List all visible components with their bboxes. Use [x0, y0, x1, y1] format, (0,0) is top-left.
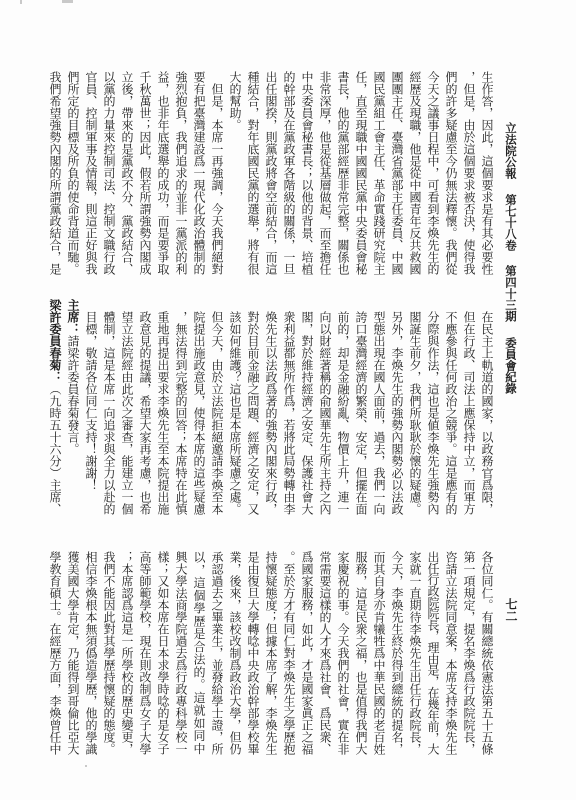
speech-text: （九時五十六分）主席、: [48, 383, 62, 515]
text-column: 中央委員會秘書長；以他的背景、培植: [298, 71, 316, 281]
text-column: 而其自身亦肯犧牲爲中華民國的老百姓: [370, 551, 388, 761]
speech-text: 請梁許委員春菊發言。: [66, 335, 80, 455]
text-column: 另外，李煥先生的強勢內閣勢必以法政: [388, 311, 406, 521]
text-column: 持懷疑態度；但據本席了解，李煥先生: [262, 551, 280, 761]
text-column: 家就一直期待李煥先生出任行政院長，: [406, 551, 424, 761]
text-column: 相信李煥根本無須僞造學歷，他的學識: [82, 551, 100, 761]
text-column: 爲國家服務，如此，才是國家眞正之福: [298, 551, 316, 761]
text-column: 生作答，因此，這個要求是有其必要性: [478, 71, 496, 281]
text-column: 我們希望強勢內閣的所謂黨政結合，是: [46, 71, 64, 281]
speaker-line-member: 梁許委員春菊：（九時五十六分）主席、: [46, 299, 64, 509]
text-column: 型態出現在國人面前，過去，我們一向: [370, 311, 388, 521]
text-column: 們所定的目標及所負的使命背道而馳。: [64, 71, 82, 281]
section-label: 委員會紀錄: [504, 337, 518, 394]
text-column: 種結合，對年底國民黨的選舉，將有很: [244, 71, 262, 281]
text-column: ，但是，由於這個要求被否決，使得我: [460, 71, 478, 281]
scan-artifact: [85, 765, 87, 767]
text-column: 誇口臺灣經濟的繁榮、安定，但擺在面: [352, 311, 370, 521]
text-column: 團團主任、臺灣省黨部主任委員、中國: [388, 71, 406, 281]
text-column: 今天，李煥先生終於得到總統的提名，: [388, 551, 406, 761]
text-column: 各位同仁。有關總統依憲法第五十五條: [478, 551, 496, 761]
text-column: 任，直至現職中國國民黨中央委員會秘: [352, 71, 370, 281]
text-column: 們的許多疑慮至今仍無法釋懷。我們從: [442, 71, 460, 281]
text-column: 學教育碩士。在經歷方面，李煥曾任中: [46, 551, 64, 761]
text-column: 重地再提出要求李煥先生至本院提出施: [154, 311, 172, 521]
text-column: 但在行政、司法上應保持中立，而軍方: [460, 311, 478, 521]
text-column: 在民主上軌道的國家，以政務官爲限，: [478, 311, 496, 521]
text-column: 官員、控制軍事及情報，則這正好與我: [82, 71, 100, 281]
text-column: 是由復旦大學轉唸中央政治幹部學校畢: [244, 551, 262, 761]
text-column: ；本席認爲這是一所學校的歷史變更，: [118, 551, 136, 761]
text-column: 常需要這樣的人才來爲社會、爲民衆、: [316, 551, 334, 761]
text-band-bottom: 各位同仁。有關總統依憲法第五十五條 第一項規定，提名李煥爲行政院院長， 咨請立法…: [46, 551, 496, 761]
text-column: 衆利益都無所作爲，若將此局勢轉由李: [280, 311, 298, 521]
text-column: 望立法院經由此次之審查，能建立一個: [118, 311, 136, 521]
text-column: 目標，敬請各位同仁支持！謝謝！: [82, 311, 100, 521]
text-column: 強烈抱負，我們追求的並非一黨派的利: [172, 71, 190, 281]
text-column: 煥先生以法政爲著的強勢內閣來行政，: [262, 311, 280, 521]
text-column: 業，後來，該校改制爲政治大學，但仍: [226, 551, 244, 761]
text-column: 樣；又如本席在日本求學時唸的是女子: [154, 551, 172, 761]
text-column: 益，也非年底選舉的成功，而是要爭取: [154, 71, 172, 281]
text-column: 向以財經著稱的俞國華先生所主持之內: [316, 311, 334, 521]
text-band-middle: 在民主上軌道的國家，以政務官爲限， 但在行政、司法上應保持中立，而軍方 不應參與…: [46, 311, 496, 521]
text-column: ，無法得到完整的回答；本席特在此慎: [172, 311, 190, 521]
text-column: 體制，這是本席一向追求與全力以赴的: [100, 311, 118, 521]
text-column: 我們不能因此對其學歷持懷疑的態度。: [100, 551, 118, 761]
text-column: 今天之議事日程中，可看到李煥先生的: [424, 71, 442, 281]
text-column: 前的，却是金融紛亂、物價上升，連一: [334, 311, 352, 521]
text-column: 閣誕生前夕，我們所耿耿於懷的疑慮。: [406, 311, 424, 521]
text-column: 該如何維護？這也是本席所疑慮之處。: [226, 311, 244, 521]
text-column: 院提出施政意見，使得本席的這些疑慮: [190, 311, 208, 521]
volume-label: 第七十八卷: [504, 194, 518, 251]
document-page: 立法院公報第七十八卷第四十三期委員會紀錄 七二 生作答，因此，這個要求是有其必要…: [0, 0, 576, 800]
text-column: 立後，帶來的是黨政不分、黨政結合、: [118, 71, 136, 281]
text-column: 家慶祝的事。今天我們的社會，實在非: [334, 551, 352, 761]
text-column: 的幹部及在黨政軍各階級的關係，一旦: [280, 71, 298, 281]
text-column: 高等師範學校，現在則改制爲女子大學: [136, 551, 154, 761]
text-column: 以黨的力量來控制司法、控制文職行政: [100, 71, 118, 281]
running-header: 立法院公報第七十八卷第四十三期委員會紀錄: [503, 122, 518, 394]
text-column: 大的幫助。: [226, 71, 244, 281]
text-column: 分際與作法，這也是値李煥先生強勢內: [424, 311, 442, 521]
text-column: 獲美國大學肯定，乃能得到哥倫比亞大: [64, 551, 82, 761]
text-column: 出任行政院院長，理由是，在幾年前，大: [424, 551, 442, 761]
speaker-label: 主席：: [66, 299, 80, 335]
text-column: 但今天，由於立法院拒絕邀請李煥至本: [208, 311, 226, 521]
issue-label: 第四十三期: [504, 265, 518, 322]
text-column: 咨請立法院同意案，本席支持李煥先生: [442, 551, 460, 761]
text-column: 要有把臺灣建設爲一現代化政治體制的: [190, 71, 208, 281]
text-column: 對於目前金融之問題、經濟之安定，又: [244, 311, 262, 521]
paragraph-start-column: 但是，本席一再強調，今天我們絕對: [208, 71, 226, 281]
scan-artifact: [62, 0, 73, 3]
text-column: 閣，對於維持經濟之安定、保護社會大: [298, 311, 316, 521]
text-column: 出任閣揆，則黨政將會空前結合，而這: [262, 71, 280, 281]
page-number: 七二: [504, 598, 518, 622]
speaker-label: 梁許委員春菊：: [48, 299, 62, 383]
text-column: 。至於方才有同仁對李煥先生之學歷抱: [280, 551, 298, 761]
text-column: 經歷及現職，他是從中國青年反共救國: [406, 71, 424, 281]
text-column: 千秋萬世；因此，假若所謂強勢內閣成: [136, 71, 154, 281]
scan-artifact: [20, 0, 22, 4]
text-column: 以，這個學歷是合法的。這就如同中: [190, 551, 208, 761]
text-band-top: 生作答，因此，這個要求是有其必要性 ，但是，由於這個要求被否決，使得我 們的許多…: [46, 71, 496, 281]
text-column: 第一項規定，提名李煥爲行政院院長，: [460, 551, 478, 761]
text-column: 興大學法商學院過去爲行政專科學校一: [172, 551, 190, 761]
text-column: 非常深厚，他是從基層做起，而至擔任: [316, 71, 334, 281]
text-column: 服務，這是民衆之福，也是值得我們大: [352, 551, 370, 761]
text-column: 書長，他的黨部經歷非常完整，關係也: [334, 71, 352, 281]
text-column: 承認過去之畢業生，並發給學士證，所: [208, 551, 226, 761]
text-column: 政意見的提議，希望大家再考慮，也希: [136, 311, 154, 521]
text-column: 國民黨組工會主任、革命實踐研究院主: [370, 71, 388, 281]
publication-title: 立法院公報: [504, 122, 518, 179]
speaker-line-chair: 主席：請梁許委員春菊發言。: [64, 299, 82, 509]
text-column: 不應參與任何政治之競爭。這是應有的: [442, 311, 460, 521]
